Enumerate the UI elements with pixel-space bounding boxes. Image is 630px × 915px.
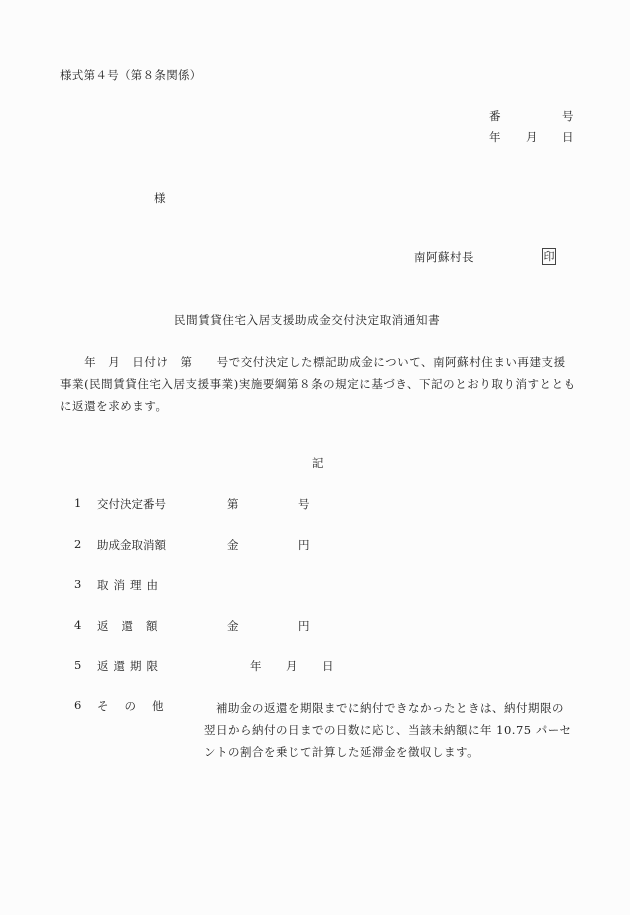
item-cancel-amount: 2 助成金取消額 金 円 [0, 537, 630, 553]
body-paragraph: 年 月 日付け 第 号で交付決定した標記助成金について、南阿蘇村住まい再建支援 … [60, 351, 580, 417]
notice-line: 翌日から納付の日までの日数に応じ、当該未納額に年 10.75 パーセ [204, 719, 572, 741]
item-number: 3 [74, 577, 81, 591]
seal-stamp: 印 [542, 248, 556, 265]
number-suffix: 号 [562, 111, 574, 123]
deadline-day: 日 [322, 658, 334, 674]
item-number: 1 [74, 496, 81, 510]
other-notice-text: 補助金の返還を期限までに納付できなかったときは、納付期限の 翌日から納付の日まで… [204, 697, 572, 763]
item-label: 取消理由 [97, 577, 163, 593]
item-label: 交付決定番号 [97, 496, 166, 512]
body-line: 年 月 日付け 第 号で交付決定した標記助成金について、南阿蘇村住まい再建支援 [60, 351, 580, 373]
item-label: 助成金取消額 [97, 537, 166, 553]
body-line: 事業(民間賃貸住宅入居支援事業)実施要綱第８条の規定に基づき、下記のとおり取り消… [60, 373, 580, 395]
item-value-suffix: 円 [298, 618, 310, 634]
item-value-prefix: 金 [227, 618, 239, 634]
form-number-label: 様式第４号（第８条関係） [60, 70, 202, 82]
body-line: に返還を求めます。 [60, 395, 580, 417]
date-year: 年 [489, 132, 501, 144]
item-value-prefix: 第 [227, 496, 239, 512]
deadline-year: 年 [250, 658, 262, 674]
notice-line: 補助金の返還を期限までに納付できなかったときは、納付期限の [204, 697, 572, 719]
item-number: 6 [74, 698, 81, 712]
addressee-honorific: 様 [154, 193, 166, 205]
item-refund-deadline: 5 返還期限 年 月 日 [0, 658, 630, 674]
item-number: 4 [74, 618, 81, 632]
item-label: 返還額 [97, 618, 171, 634]
item-decision-number: 1 交付決定番号 第 号 [0, 496, 630, 512]
item-value-suffix: 号 [298, 496, 310, 512]
item-cancel-reason: 3 取消理由 [0, 577, 630, 593]
item-number: 5 [74, 658, 81, 672]
ki-heading: 記 [312, 458, 324, 470]
notice-line: ントの割合を乗じて計算した延滞金を徴収します。 [204, 741, 572, 763]
number-prefix: 番 [489, 111, 501, 123]
item-value-prefix: 金 [227, 537, 239, 553]
item-label: その他 [97, 698, 180, 714]
item-value-suffix: 円 [298, 537, 310, 553]
document-title: 民間賃貸住宅入居支援助成金交付決定取消通知書 [174, 315, 440, 327]
item-refund-amount: 4 返還額 金 円 [0, 618, 630, 634]
date-day: 日 [562, 132, 574, 144]
item-number: 2 [74, 537, 81, 551]
date-month: 月 [526, 132, 538, 144]
issuer-name: 南阿蘇村長 [414, 252, 474, 264]
item-label: 返還期限 [97, 658, 163, 674]
deadline-month: 月 [286, 658, 298, 674]
